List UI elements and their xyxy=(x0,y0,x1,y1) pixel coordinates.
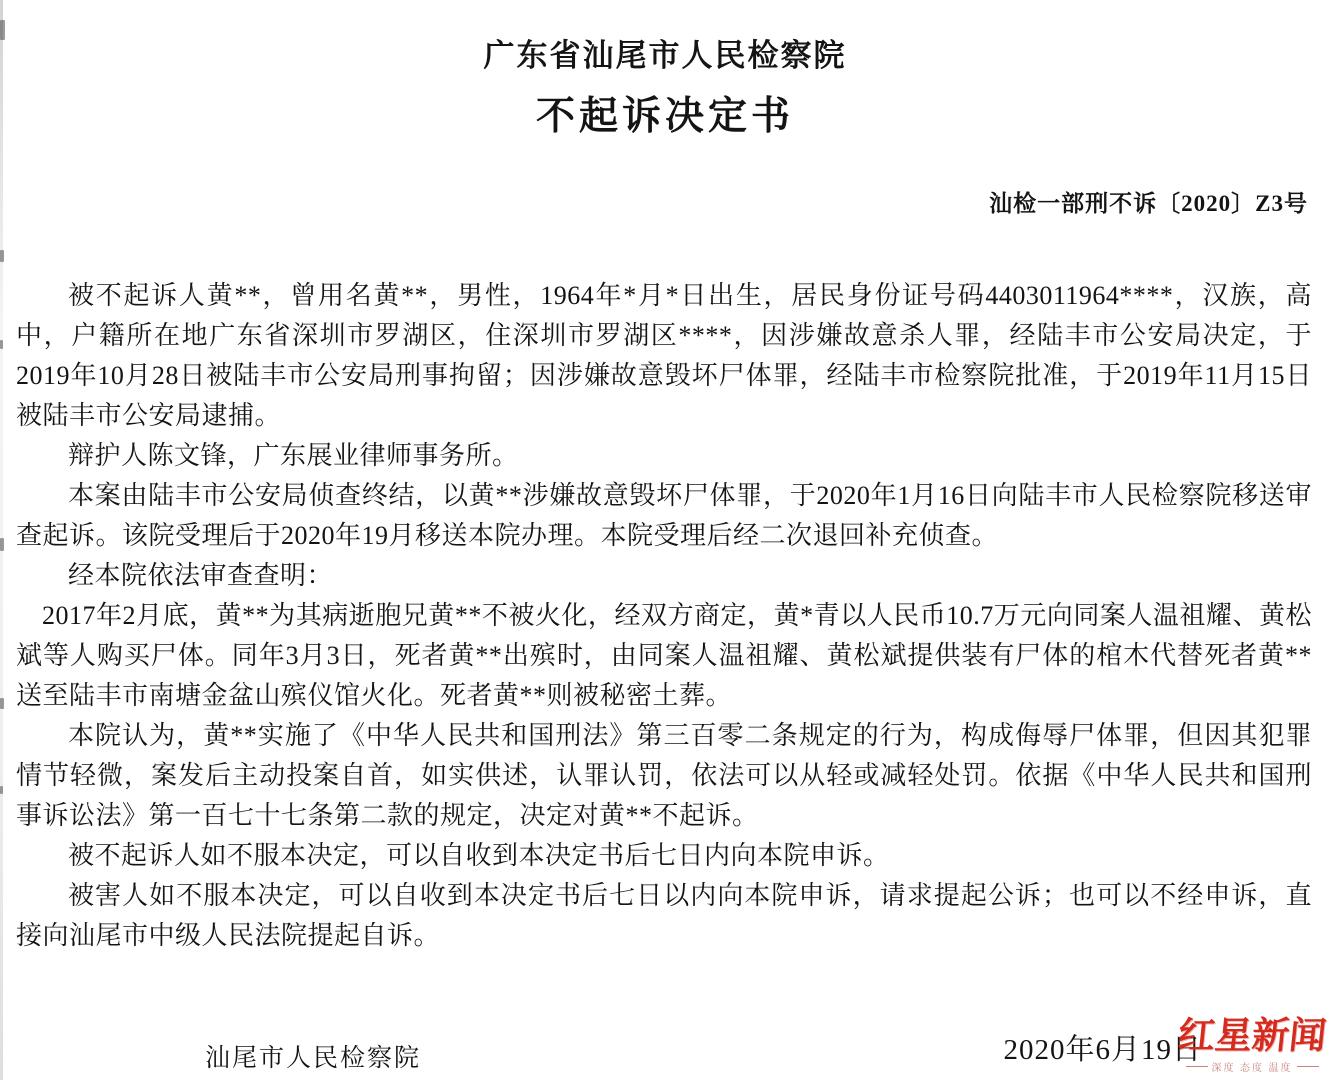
scan-artifact xyxy=(0,698,4,709)
tagline-dash-right xyxy=(1297,1066,1319,1067)
document-body: 被不起诉人黄**，曾用名黄**，男性，1964年*月*日出生，居民身份证号码44… xyxy=(16,276,1312,956)
paragraph-decision: 本院认为，黄**实施了《中华人民共和国刑法》第三百零二条规定的行为，构成侮辱尸体… xyxy=(16,716,1312,836)
scan-artifact xyxy=(0,538,4,551)
red-star-news-logo: 红星新闻 深度 态度 温度 xyxy=(1176,1017,1328,1074)
paragraph-case-transfer: 本案由陆丰市公安局侦查终结，以黄**涉嫌故意毁坏尸体罪，于2020年1月16日向… xyxy=(16,476,1312,556)
paragraph-facts: 2017年2月底，黄**为其病逝胞兄黄**不被火化，经双方商定，黄*青以人民币1… xyxy=(16,596,1312,716)
scan-artifact xyxy=(0,20,5,40)
document-title: 不起诉决定书 xyxy=(0,85,1330,141)
red-star-news-tagline: 深度 态度 温度 xyxy=(1176,1059,1328,1074)
document-number: 汕检一部刑不诉〔2020〕Z3号 xyxy=(0,185,1330,218)
scan-artifact xyxy=(0,250,4,262)
paragraph-defender: 辩护人陈文锋，广东展业律师事务所。 xyxy=(16,436,1312,476)
scan-artifact xyxy=(0,340,3,349)
paragraph-appeal-defendant: 被不起诉人如不服本决定，可以自收到本决定书后七日内向本院申诉。 xyxy=(16,836,1312,876)
tagline-dash-left xyxy=(1186,1066,1208,1067)
red-star-news-logo-text: 红星新闻 xyxy=(1174,1017,1330,1057)
paragraph-defendant-info: 被不起诉人黄**，曾用名黄**，男性，1964年*月*日出生，居民身份证号码44… xyxy=(16,276,1312,436)
document-page: 广东省汕尾市人民检察院 不起诉决定书 汕检一部刑不诉〔2020〕Z3号 被不起诉… xyxy=(0,0,1330,1080)
scan-artifact xyxy=(0,786,3,794)
institution-title: 广东省汕尾市人民检察院 xyxy=(0,0,1330,75)
paragraph-appeal-victim: 被害人如不服本决定，可以自收到本决定书后七日以内向本院申诉，请求提起公诉；也可以… xyxy=(16,876,1312,956)
tagline-text: 深度 态度 温度 xyxy=(1212,1059,1293,1074)
document-date: 2020年6月19日 xyxy=(1003,1027,1202,1068)
paragraph-review-heading: 经本院依法审查查明： xyxy=(16,556,1312,596)
